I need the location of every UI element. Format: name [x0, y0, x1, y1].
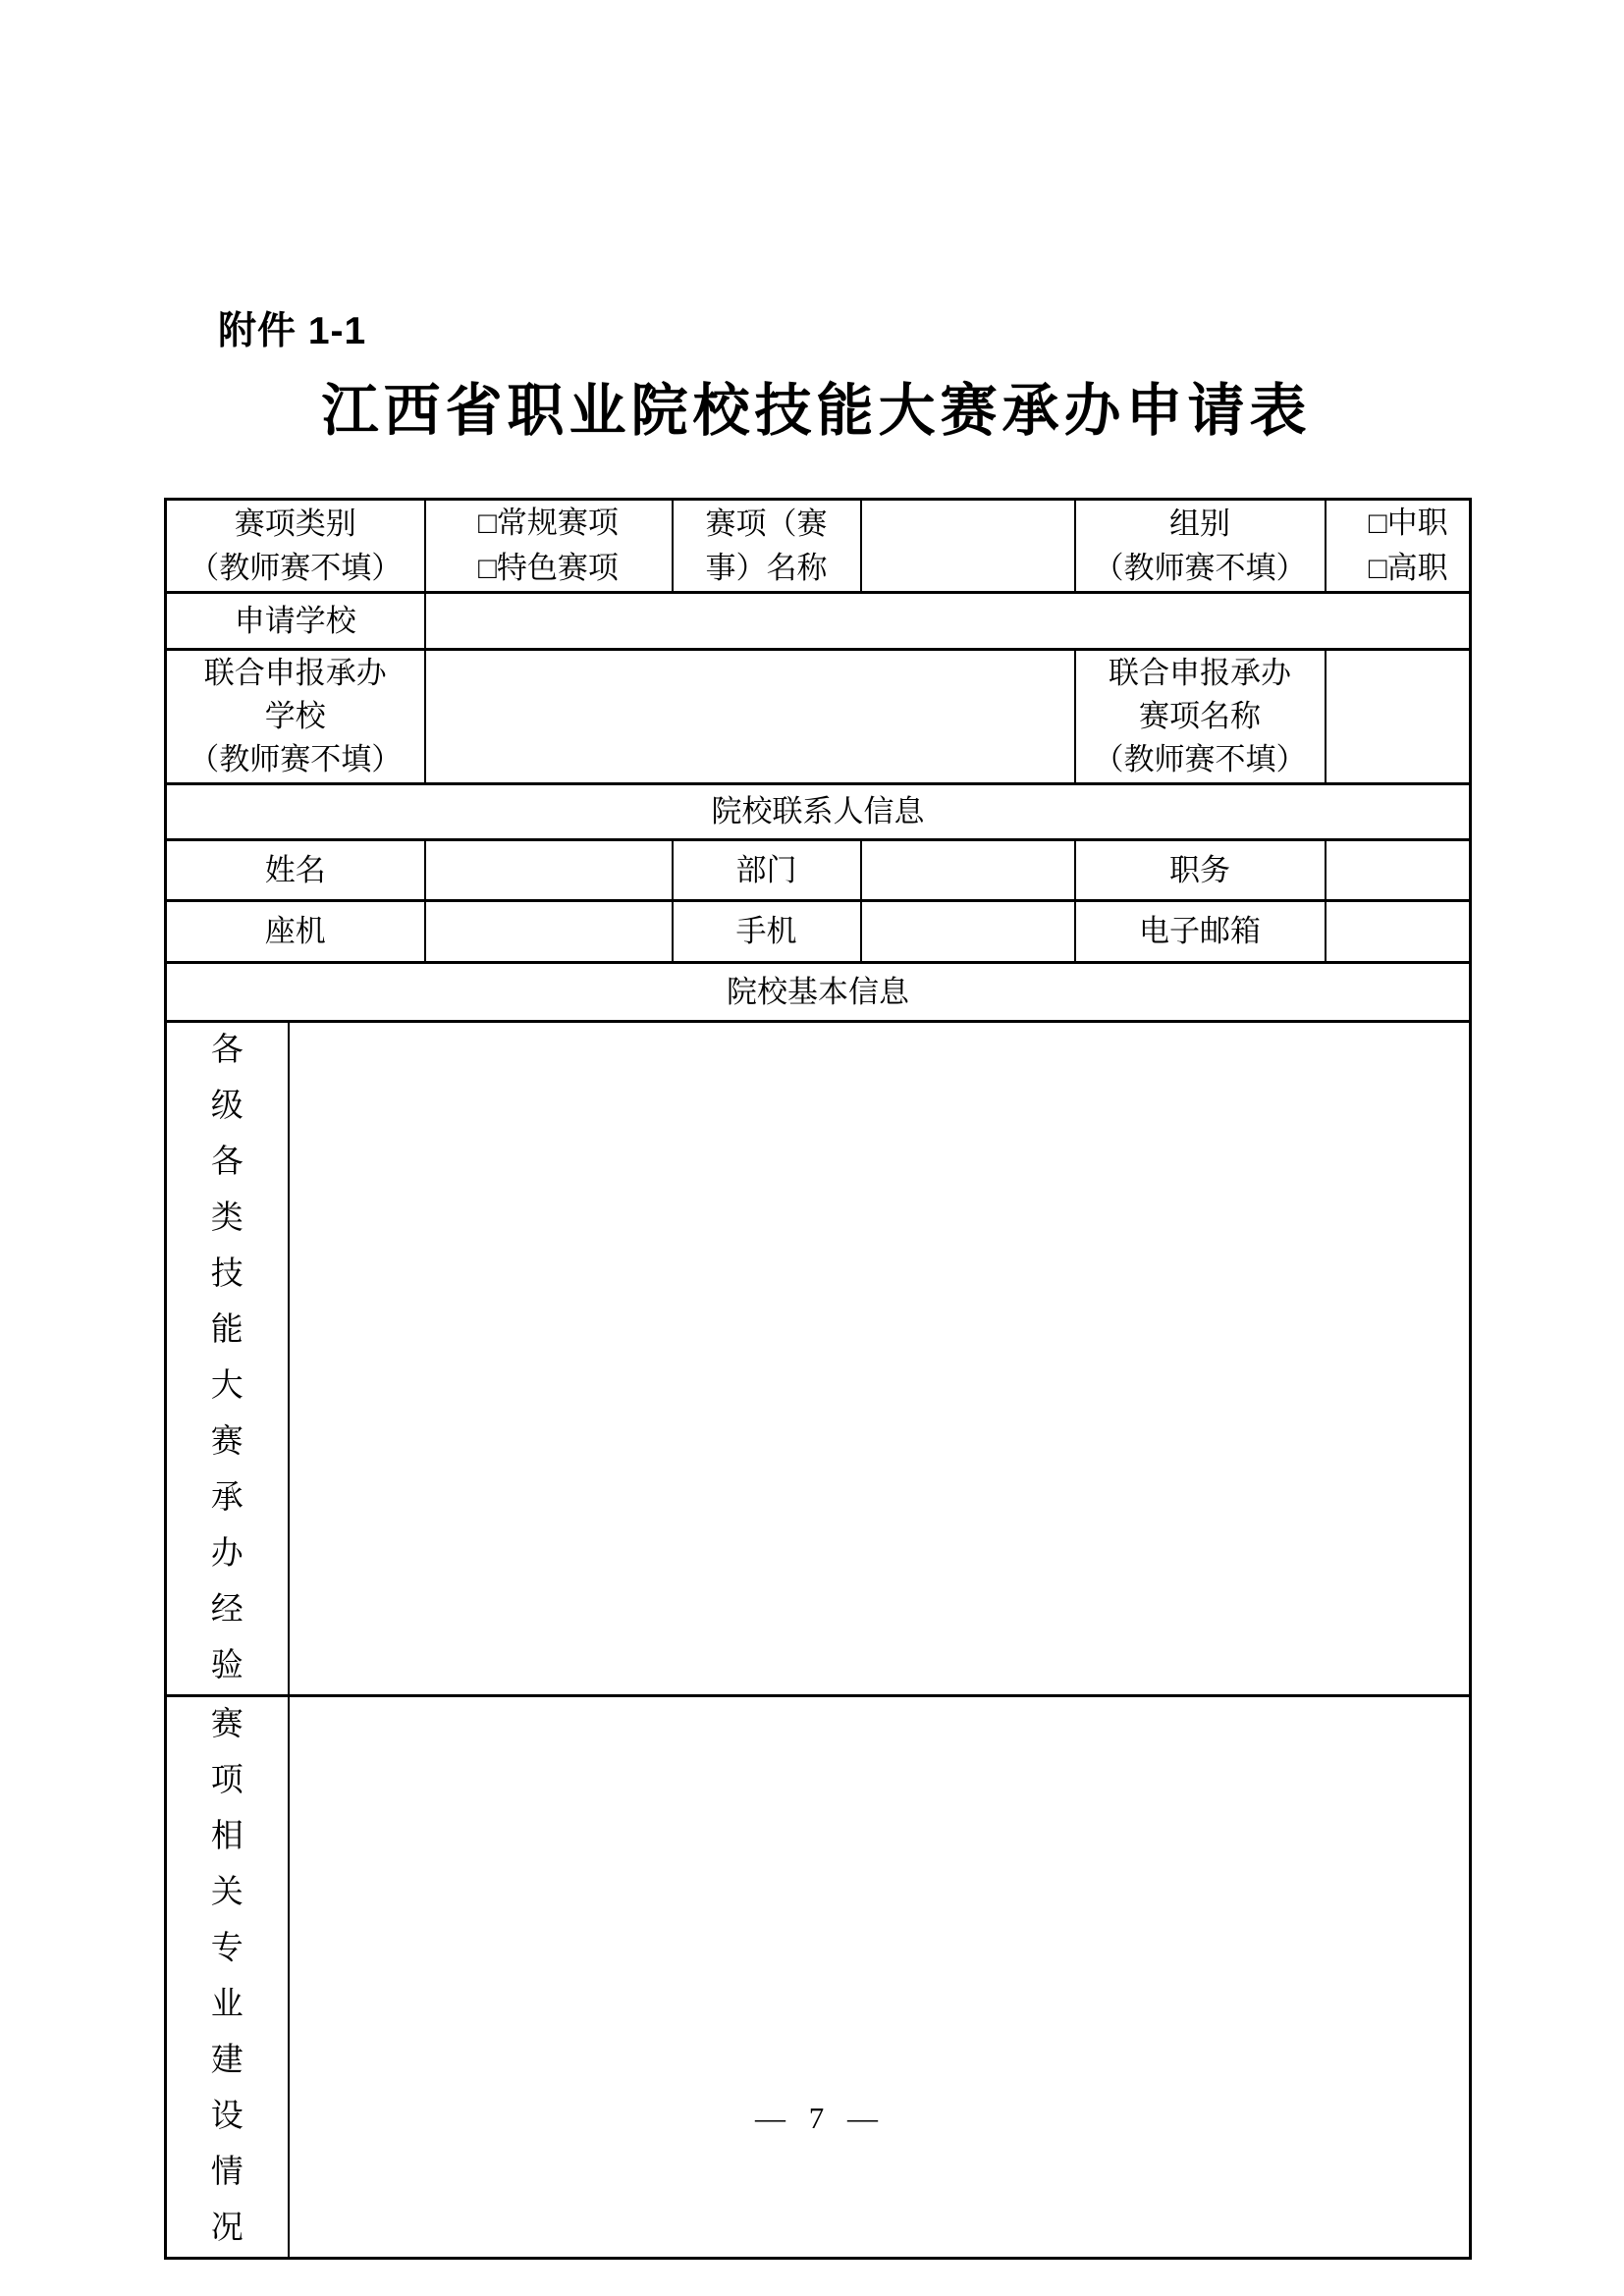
competition-experience-input-cell[interactable]: [289, 1022, 1471, 1696]
competition-experience-label-line: 大赛: [167, 1359, 288, 1470]
row-school-info-header: 院校基本信息: [166, 963, 1471, 1022]
category-type-label-line: （教师赛不填）: [167, 546, 424, 590]
event-name-input-cell[interactable]: [861, 500, 1075, 593]
joint-school-label: 联合申报承办 学校 （教师赛不填）: [166, 650, 425, 784]
row-competition-experience: 各级 各类 技能 大赛 承办 经验: [166, 1022, 1471, 1696]
checkbox-higher-vocational[interactable]: □高职: [1348, 546, 1470, 591]
joint-school-label-line: 学校: [167, 695, 424, 738]
row-contact-header: 院校联系人信息: [166, 784, 1471, 840]
joint-event-name-input-cell[interactable]: [1326, 650, 1471, 784]
mobile-input-cell[interactable]: [861, 901, 1075, 963]
joint-school-label-line: 联合申报承办: [167, 652, 424, 695]
row-contact-name: 姓名 部门 职务: [166, 840, 1471, 901]
major-construction-label: 赛项 相关 专业 建设 情况: [166, 1696, 289, 2259]
joint-event-name-label-line: 联合申报承办: [1076, 652, 1325, 695]
checkbox-special-event[interactable]: □特色赛项: [426, 546, 672, 591]
row-applicant-school: 申请学校: [166, 593, 1471, 650]
joint-school-label-line: （教师赛不填）: [167, 738, 424, 781]
major-construction-label-line: 情况: [167, 2145, 288, 2257]
name-input-cell[interactable]: [425, 840, 673, 901]
event-name-label-line: 事）名称: [674, 546, 860, 590]
application-form-table: 赛项类别 （教师赛不填） □常规赛项 □特色赛项 赛项（赛 事）名称 组别 （教…: [164, 498, 1472, 2260]
row-contact-phone: 座机 手机 电子邮箱: [166, 901, 1471, 963]
checkbox-secondary-vocational[interactable]: □中职: [1348, 501, 1470, 546]
attachment-label: 附件 1-1: [218, 308, 366, 355]
row-category: 赛项类别 （教师赛不填） □常规赛项 □特色赛项 赛项（赛 事）名称 组别 （教…: [166, 500, 1471, 593]
joint-event-name-label-line: 赛项名称: [1076, 695, 1325, 738]
document-page: 附件 1-1 江西省职业院校技能大赛承办申请表 赛项类别 （教师赛不填） □常规…: [0, 0, 1624, 2296]
contact-info-header: 院校联系人信息: [166, 784, 1471, 840]
email-input-cell[interactable]: [1326, 901, 1471, 963]
position-label: 职务: [1075, 840, 1326, 901]
joint-event-name-label: 联合申报承办 赛项名称 （教师赛不填）: [1075, 650, 1326, 784]
position-input-cell[interactable]: [1326, 840, 1471, 901]
applicant-school-input-cell[interactable]: [425, 593, 1471, 650]
group-options-cell: □中职 □高职: [1326, 500, 1471, 593]
major-construction-input-cell[interactable]: [289, 1696, 1471, 2259]
page-title: 江西省职业院校技能大赛承办申请表: [164, 379, 1469, 444]
checkbox-regular-event[interactable]: □常规赛项: [426, 501, 672, 546]
category-type-label-line: 赛项类别: [167, 502, 424, 546]
competition-experience-label-line: 各级: [167, 1023, 288, 1135]
landline-input-cell[interactable]: [425, 901, 673, 963]
major-construction-label-line: 专业: [167, 1921, 288, 2033]
department-label: 部门: [673, 840, 861, 901]
event-name-label-line: 赛项（赛: [674, 502, 860, 546]
landline-label: 座机: [166, 901, 425, 963]
joint-school-input-cell[interactable]: [425, 650, 1075, 784]
applicant-school-label: 申请学校: [166, 593, 425, 650]
competition-experience-label-line: 承办: [167, 1470, 288, 1582]
group-label: 组别 （教师赛不填）: [1075, 500, 1326, 593]
email-label: 电子邮箱: [1075, 901, 1326, 963]
name-label: 姓名: [166, 840, 425, 901]
school-info-header: 院校基本信息: [166, 963, 1471, 1022]
row-major-construction: 赛项 相关 专业 建设 情况: [166, 1696, 1471, 2259]
department-input-cell[interactable]: [861, 840, 1075, 901]
page-number: — 7 —: [164, 2099, 1469, 2138]
competition-experience-label-line: 技能: [167, 1247, 288, 1359]
competition-experience-label: 各级 各类 技能 大赛 承办 经验: [166, 1022, 289, 1696]
group-label-line: （教师赛不填）: [1076, 546, 1325, 590]
major-construction-label-line: 相关: [167, 1809, 288, 1921]
row-joint-application: 联合申报承办 学校 （教师赛不填） 联合申报承办 赛项名称 （教师赛不填）: [166, 650, 1471, 784]
mobile-label: 手机: [673, 901, 861, 963]
competition-experience-label-line: 各类: [167, 1135, 288, 1247]
major-construction-label-line: 赛项: [167, 1697, 288, 1809]
event-name-label: 赛项（赛 事）名称: [673, 500, 861, 593]
category-type-options-cell: □常规赛项 □特色赛项: [425, 500, 673, 593]
group-label-line: 组别: [1076, 502, 1325, 546]
category-type-label: 赛项类别 （教师赛不填）: [166, 500, 425, 593]
competition-experience-label-line: 经验: [167, 1582, 288, 1694]
joint-event-name-label-line: （教师赛不填）: [1076, 738, 1325, 781]
